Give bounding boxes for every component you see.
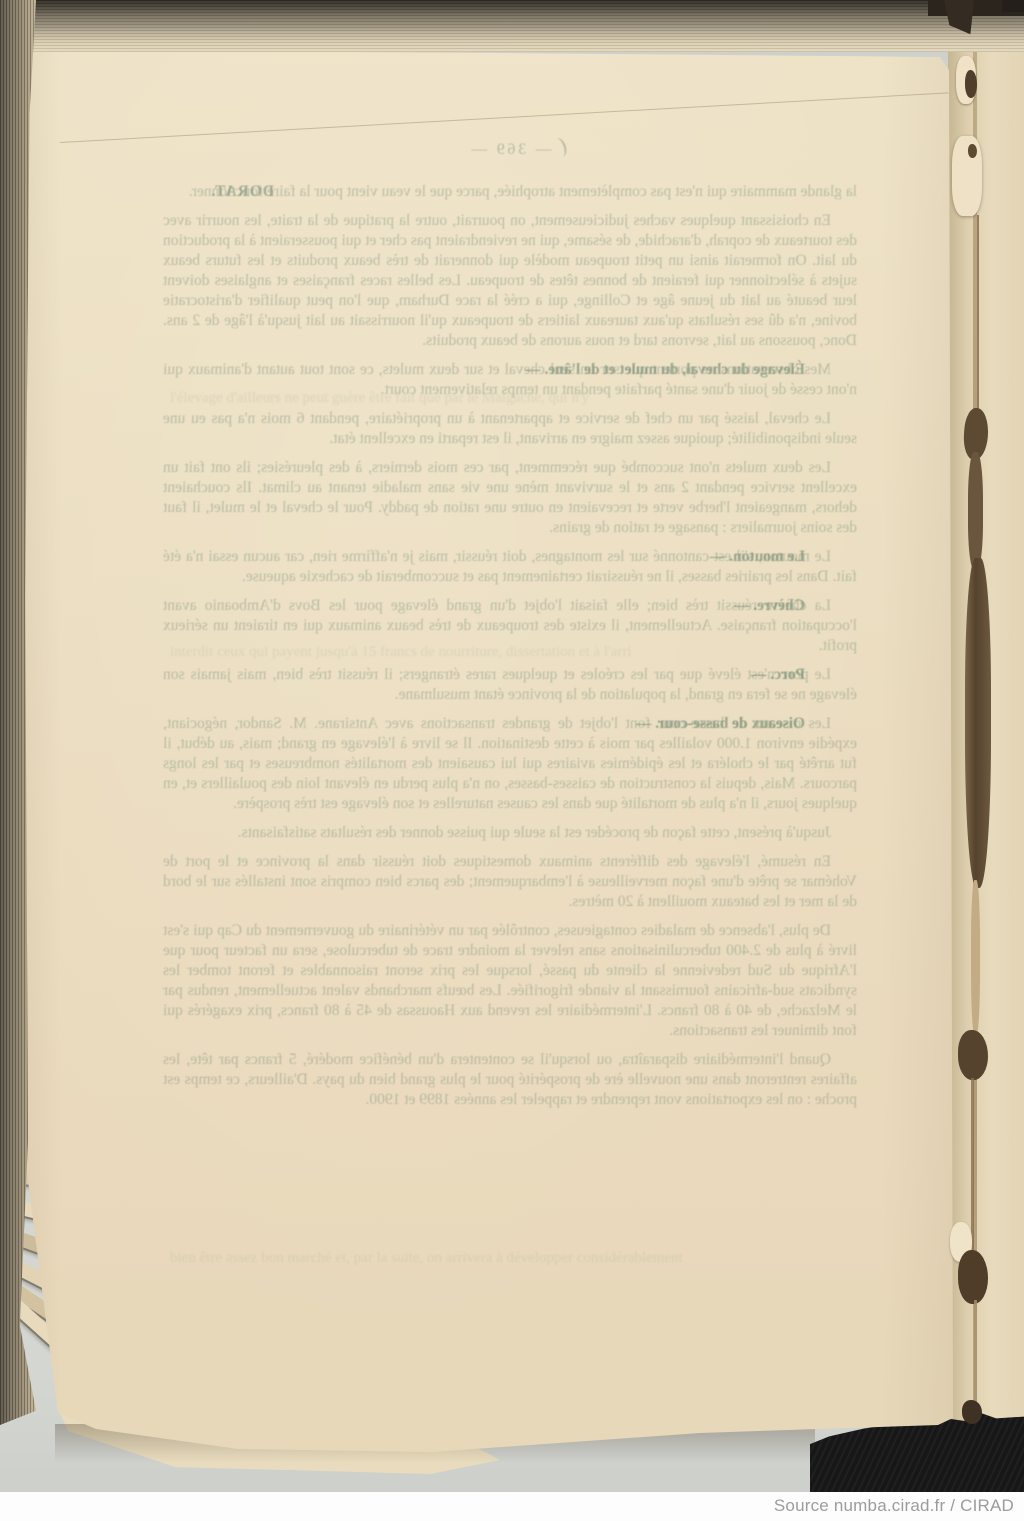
- paper-tear: [962, 1400, 982, 1424]
- book-top-edge: [0, 0, 1024, 52]
- crease-split: [971, 1078, 974, 1256]
- scanned-book-page: — 369 — la glande mammaire qui n'est pas…: [0, 0, 1024, 1521]
- ghost-underlayer-line: bien être assez bon marché et, par la su…: [170, 1248, 850, 1268]
- paper-tear: [968, 144, 977, 158]
- ghost-paragraph: Le mouton. — Le mouton, s'il est cantonn…: [163, 547, 857, 587]
- ghost-paragraph: Jusqu'à présent, cette façon de procéder…: [163, 823, 857, 843]
- ghost-paragraph: Oiseaux de basse-cour. — Les oiseaux de …: [163, 714, 857, 814]
- paper-tear: [965, 70, 977, 98]
- ghost-paragraph: la glande mammaire qui n'est pas complèt…: [163, 182, 857, 202]
- ghost-paragraph: En résumé, l'élevage des différents anim…: [163, 852, 857, 912]
- paper-tear: [958, 1030, 988, 1080]
- paper-tear: [965, 558, 991, 888]
- ghost-paragraph: De plus, l'absence de maladies contagieu…: [163, 921, 857, 1041]
- paper-flap: [952, 136, 982, 216]
- ghost-underlayer-line: l'élevage d'ailleurs ne peut guère être …: [170, 388, 850, 408]
- source-caption-bar: Source numba.cirad.fr / CIRAD: [0, 1492, 1024, 1521]
- ghost-paragraph: Les deux mulets n'ont succombé que récem…: [163, 458, 857, 538]
- ghost-page-number: — 369 —: [163, 140, 857, 160]
- crease-split: [977, 215, 979, 425]
- binding-corner-shadow: [1002, 0, 1024, 12]
- crease-split: [974, 1300, 977, 1412]
- paper-tear: [968, 452, 983, 570]
- show-through-text-mirrored: — 369 — la glande mammaire qui n'est pas…: [163, 140, 857, 1320]
- ghost-paragraph: En choisissant quelques vaches judicieus…: [163, 211, 857, 351]
- ghost-paragraph: Porc. — Le porc n'est élevé que par les …: [163, 665, 857, 705]
- ghost-paragraph: Quand l'intermédiaire disparaîtra, ou lo…: [163, 1050, 857, 1110]
- source-caption-text: Source numba.cirad.fr / CIRAD: [774, 1496, 1014, 1516]
- paper-tear: [958, 1250, 988, 1304]
- crease-highlight: [971, 880, 980, 1035]
- ghost-paragraph: Le cheval, laissé par un chef de service…: [163, 409, 857, 449]
- ghost-underlayer-line: interdit ceux qui payent jusqu'à 15 fran…: [170, 642, 850, 662]
